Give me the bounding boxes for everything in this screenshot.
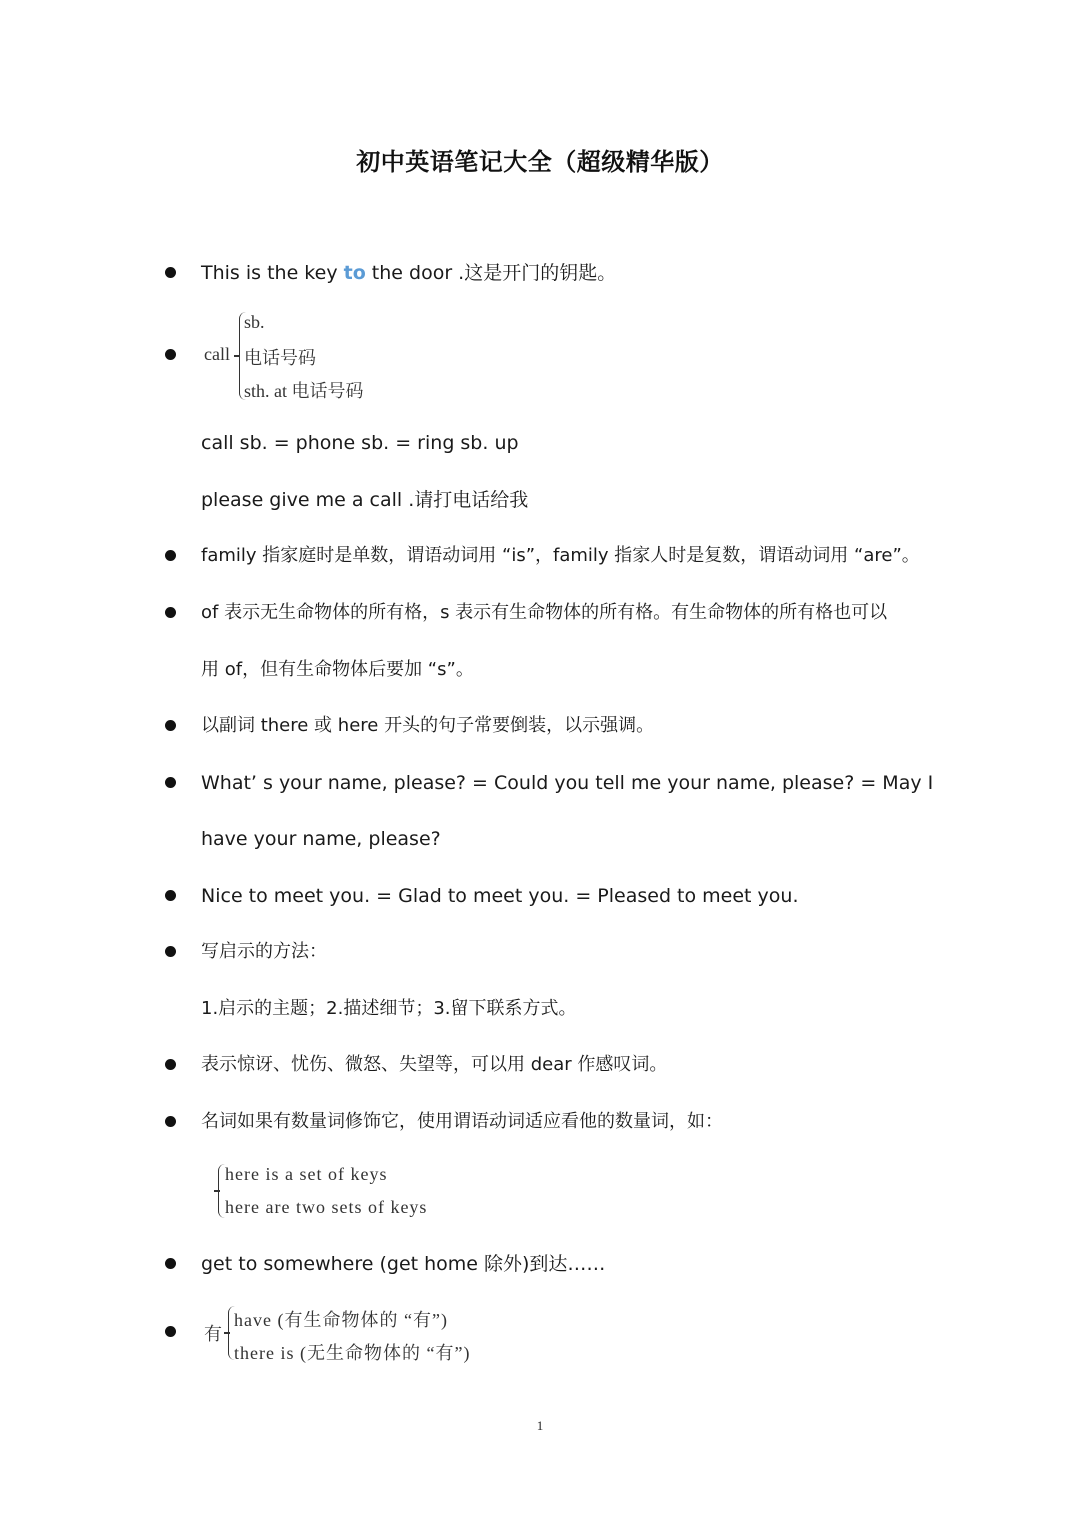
note-item-dear: 表示惊讶、忧伤、微怒、失望等，可以用 dear 作感叹词。 <box>201 1053 667 1077</box>
bullet-icon <box>165 720 176 731</box>
note-item-quantity: 名词如果有数量词修饰它，使用谓语动词适应看他的数量词，如： <box>201 1110 723 1134</box>
example-line: here are two sets of keys <box>225 1197 427 1218</box>
note-item-nice-to-meet: Nice to meet you. = Glad to meet you. = … <box>201 884 799 908</box>
highlight-word: to <box>344 262 366 284</box>
note-subline: 1.启示的主题；2.描述细节；3.留下联系方式。 <box>201 997 577 1021</box>
note-item-possessive: of 表示无生命物体的所有格，s 表示有生命物体的所有格。有生命物体的所有格也可… <box>201 601 887 625</box>
bullet-icon <box>165 1059 176 1070</box>
bullet-icon <box>165 1326 176 1337</box>
have-usage-brace: 有 have (有生命物体的 “有”) there is (无生命物体的 “有”… <box>204 1302 544 1366</box>
brace-tip <box>234 355 240 357</box>
bullet-icon <box>165 349 176 360</box>
brace-option: there is (无生命物体的 “有”) <box>234 1339 470 1365</box>
brace-head: 有 <box>204 1320 222 1346</box>
note-item-name-question-cont: have your name, please? <box>201 827 441 851</box>
note-item-family: family 指家庭时是单数，谓语动词用 “is”，family 指家人时是复数… <box>201 544 920 568</box>
note-subline: call sb. = phone sb. = ring sb. up <box>201 431 519 455</box>
note-item-inversion: 以副词 there 或 here 开头的句子常要倒装，以示强调。 <box>201 714 654 738</box>
brace-option: 电话号码 <box>244 344 316 370</box>
call-usage-brace: call sb. 电话号码 sth. at 电话号码 <box>204 308 504 408</box>
note-item-key-to-door: This is the key to the door .这是开门的钥匙。 <box>201 261 616 285</box>
example-line: here is a set of keys <box>225 1164 387 1185</box>
keys-example-brace: here is a set of keys here are two sets … <box>214 1160 534 1224</box>
brace-option: sb. <box>244 312 265 333</box>
note-item-notice-method: 写启示的方法： <box>201 940 327 964</box>
bullet-icon <box>165 267 176 278</box>
bullet-icon <box>165 607 176 618</box>
note-item-possessive-cont: 用 of，但有生命物体后要加 “s”。 <box>201 658 474 682</box>
bullet-icon <box>165 1258 176 1269</box>
bullet-icon <box>165 550 176 561</box>
note-subline: please give me a call .请打电话给我 <box>201 488 528 512</box>
brace-option: sth. at 电话号码 <box>244 377 364 403</box>
document-title: 初中英语笔记大全（超级精华版） <box>0 142 1080 177</box>
brace-option: have (有生命物体的 “有”) <box>234 1306 448 1332</box>
brace-tip <box>224 1332 230 1334</box>
brace-head: call <box>204 344 230 365</box>
bullet-icon <box>165 1116 176 1127</box>
bullet-icon <box>165 777 176 788</box>
bullet-icon <box>165 946 176 957</box>
note-item-name-question: What’ s your name, please? = Could you t… <box>201 771 933 795</box>
brace-tip <box>214 1190 220 1192</box>
page-number: 1 <box>0 1418 1080 1434</box>
note-text: the door .这是开门的钥匙。 <box>366 262 616 284</box>
note-text: This is the key <box>201 262 344 284</box>
bullet-icon <box>165 890 176 901</box>
note-item-get-to: get to somewhere (get home 除外)到达…… <box>201 1252 605 1276</box>
